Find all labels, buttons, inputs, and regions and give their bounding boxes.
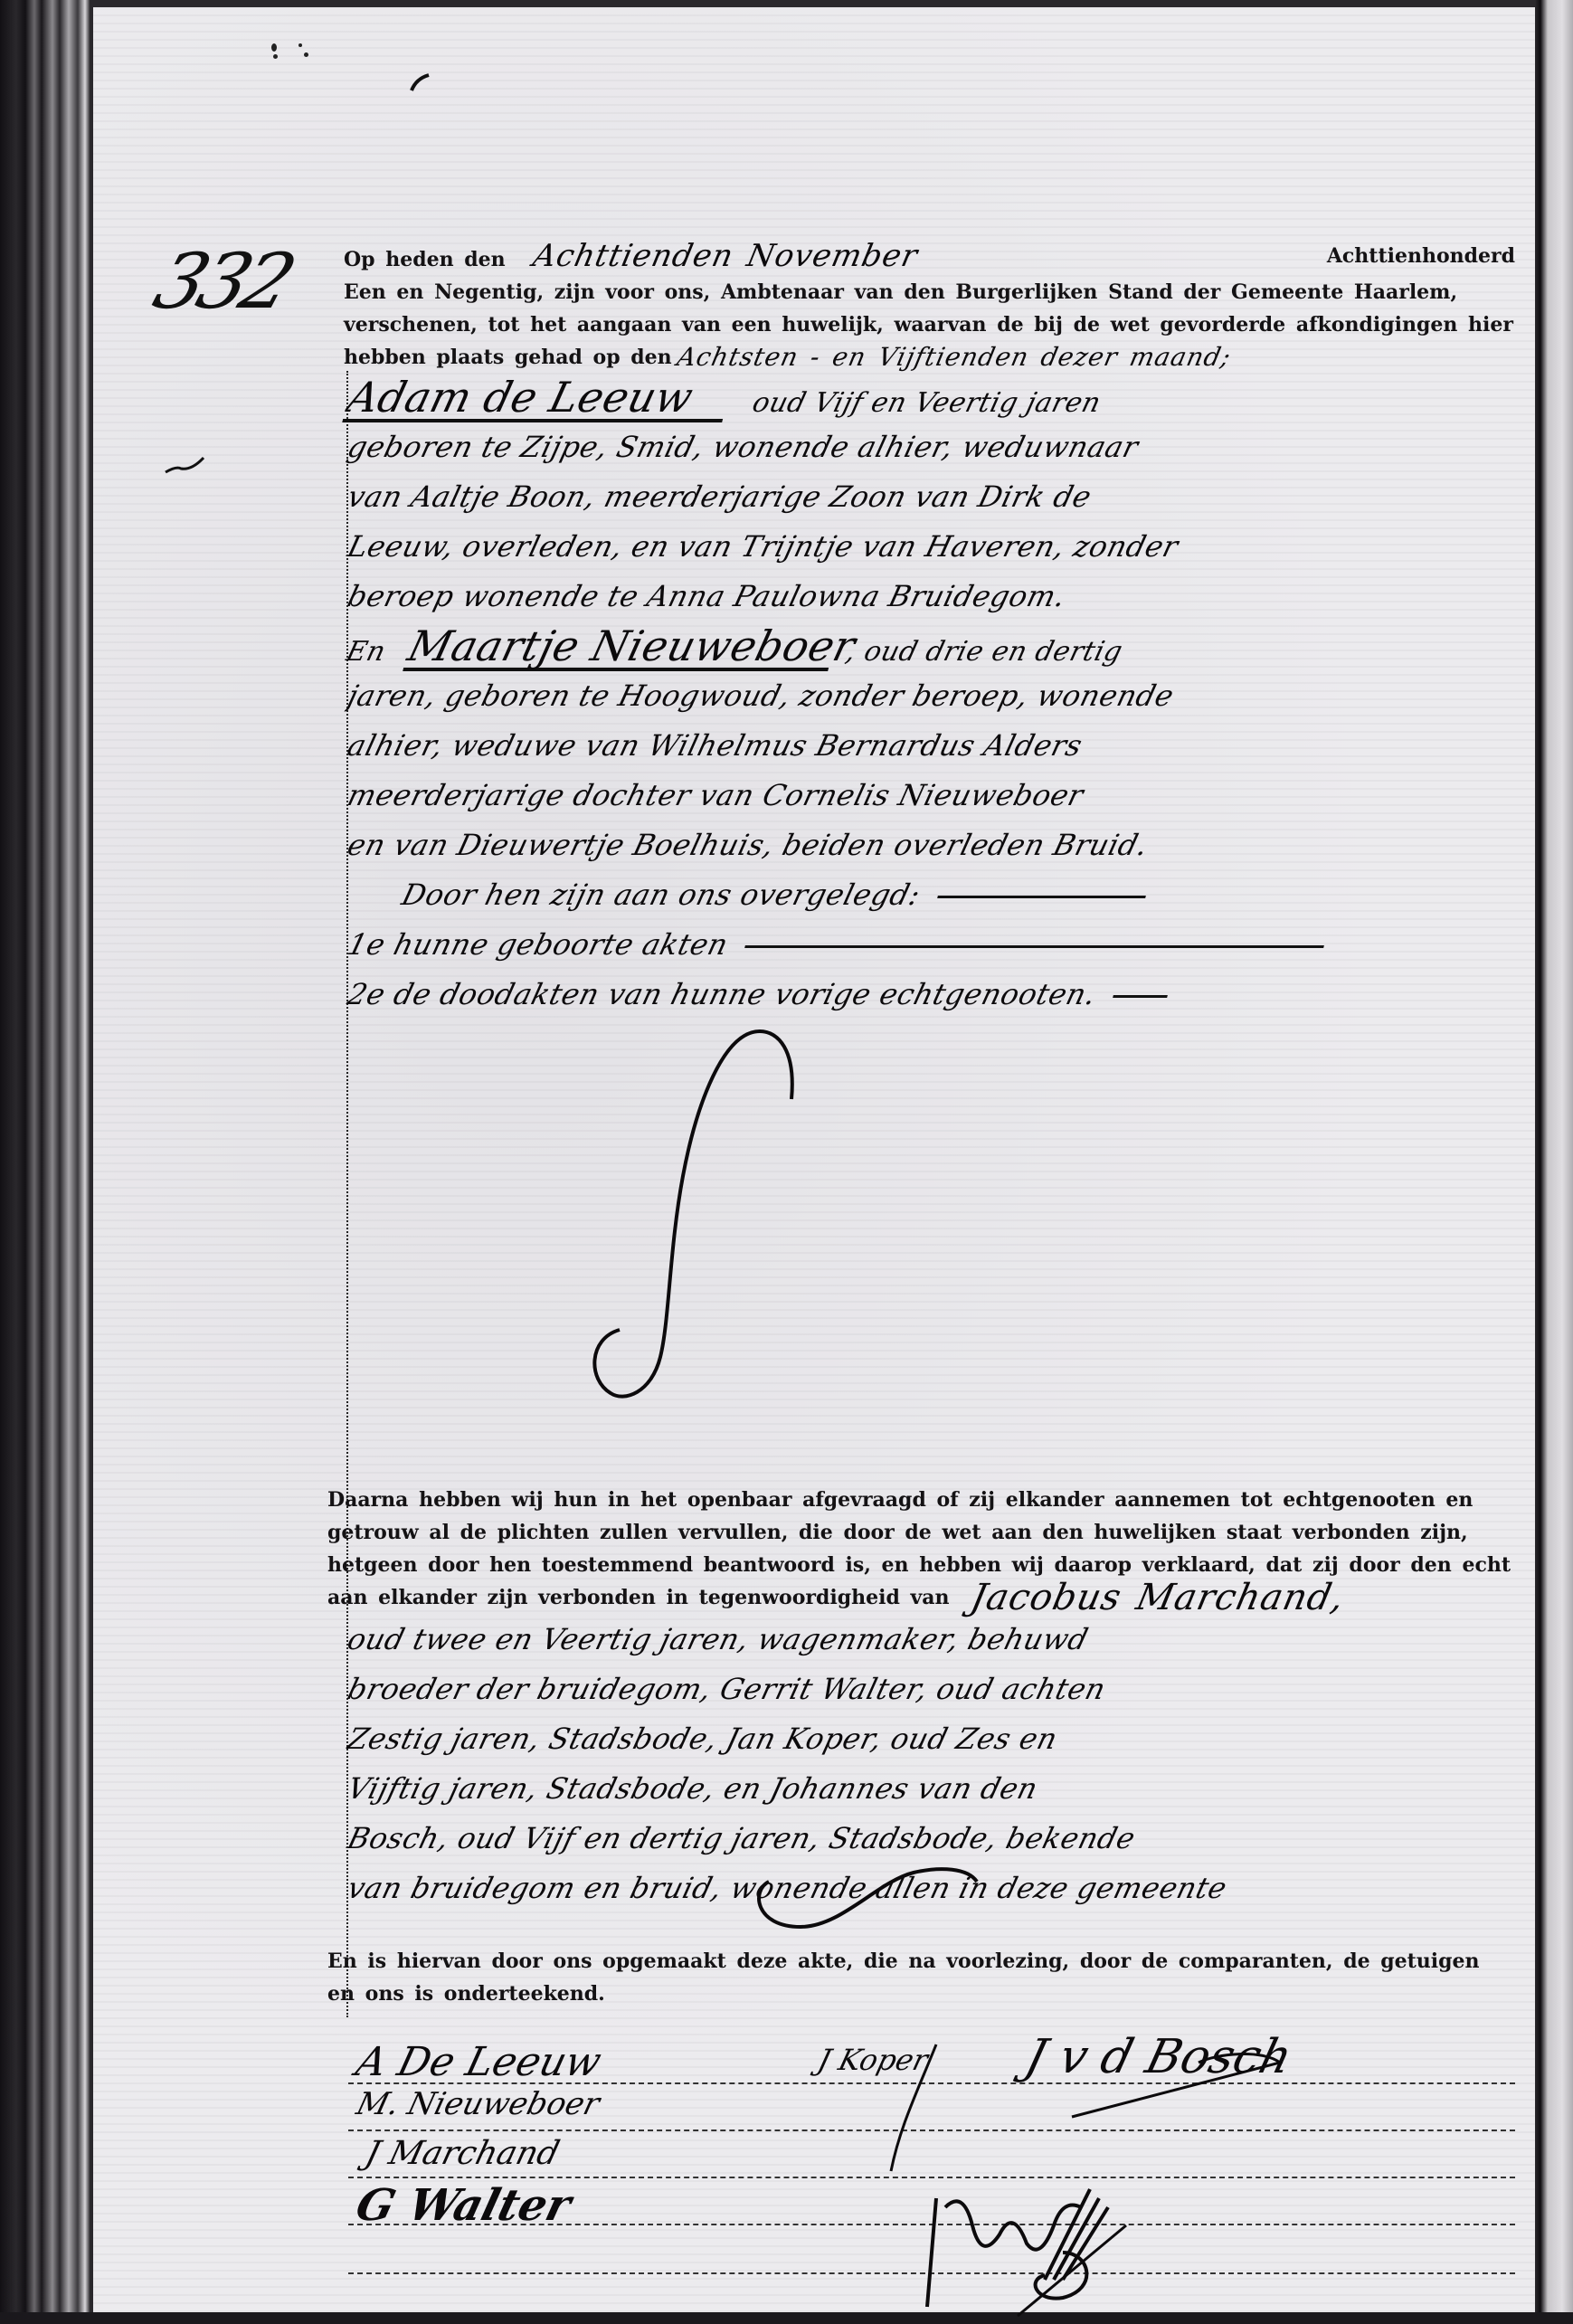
intro-line-2: Een en Negentig, zijn voor ons, Ambtenaa…: [344, 276, 1515, 308]
body-line: jaren, geboren te Hoogwoud, zonder beroe…: [342, 671, 1521, 721]
witness-line: Vijftig jaren, Stadsbode, en Johannes va…: [342, 1764, 1521, 1814]
intro-line1-start: Op heden den: [344, 248, 506, 271]
body-line: beroep wonende te Anna Paulowna Bruidego…: [342, 572, 1521, 621]
witness-line: Zestig jaren, Stadsbode, Jan Koper, oud …: [342, 1714, 1521, 1764]
groom-name: Adam de Leeuw: [342, 375, 734, 422]
document-item-2: 2e de doodakten van hunne vorige echtgen…: [342, 970, 1521, 1020]
page-bottom-edge: [0, 2312, 1573, 2324]
printed-consent: Daarna hebben wij hun in het openbaar af…: [327, 1484, 1512, 1614]
groom-line: Adam de Leeuw oud Vijf en Veertig jaren: [342, 373, 1521, 422]
ink-speck: [273, 54, 278, 59]
blank-space-flourish: [579, 995, 814, 1411]
date-handwritten: Achttienden November: [530, 240, 921, 272]
stray-mark: [163, 452, 208, 479]
intro-line1-end: Achttienhonderd: [1327, 240, 1515, 276]
ink-speck: [298, 43, 302, 47]
handwritten-body: Adam de Leeuw oud Vijf en Veertig jaren …: [348, 373, 1515, 1020]
page-right-edge: [1535, 0, 1573, 2324]
page-top-edge: [90, 0, 1535, 7]
signature-witness-marchand: J Marchand: [362, 2135, 564, 2172]
bride-name: Maartje Nieuweboer: [403, 624, 840, 671]
intro-line-3: verschenen, tot het aangaan van een huwe…: [344, 308, 1515, 341]
witness-1-name: Jacobus Marchand,: [968, 1581, 1348, 1614]
body-line: geboren te Zijpe, Smid, wonende alhier, …: [342, 422, 1521, 472]
closing-flourish: [751, 1841, 986, 1931]
body-line: van Aaltje Boon, meerderjarige Zoon van …: [342, 472, 1521, 522]
intro-line-1: Op heden den Achttienden November Achtti…: [344, 240, 1515, 276]
witness-line: broeder der bruidegom, Gerrit Walter, ou…: [342, 1665, 1521, 1714]
signature-witness-walter: G Walter: [351, 2180, 576, 2231]
ink-speck: [271, 43, 277, 52]
signature-groom: A De Leeuw: [352, 2039, 606, 2085]
printed-closing: En is hiervan door ons opgemaakt deze ak…: [327, 1945, 1512, 2010]
signature-bride: M. Nieuweboer: [353, 2086, 603, 2122]
bride-line: En Maartje Nieuweboer , oud drie en dert…: [342, 621, 1521, 671]
stray-mark: [407, 68, 434, 95]
body-line: Leeuw, overleden, en van Trijntje van Ha…: [342, 522, 1521, 572]
witness-line: oud twee en Veertig jaren, wagenmaker, b…: [342, 1615, 1521, 1665]
ink-speck: [304, 52, 308, 57]
official-signature: [909, 2171, 1217, 2324]
printed-intro: Op heden den Achttienden November Achtti…: [344, 240, 1515, 374]
body-line: meerderjarige dochter van Cornelis Nieuw…: [342, 771, 1521, 821]
documents-heading: Door hen zijn aan ons overgelegd:: [342, 870, 1521, 920]
body-line: en van Dieuwertje Boelhuis, beiden overl…: [342, 821, 1521, 870]
proclamation-dates-handwritten: Achtsten - en Vijftienden dezer maand;: [674, 341, 1234, 374]
document-item-1: 1e hunne geboorte akten: [342, 920, 1521, 970]
body-line: alhier, weduwe van Wilhelmus Bernardus A…: [342, 721, 1521, 771]
intro-line-4: hebben plaats gehad op den Achtsten - en…: [344, 341, 1515, 374]
book-binding: [0, 0, 90, 2324]
bosch-signature-flourish: [837, 2035, 1289, 2180]
